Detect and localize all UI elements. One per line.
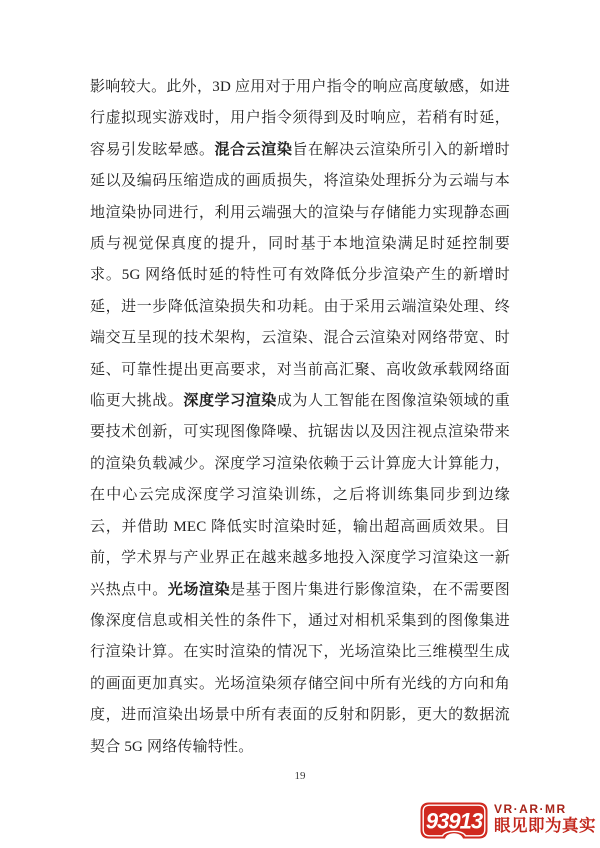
term-deep-learning-rendering: 深度学习渲染 [183,393,276,409]
vr-goggles-badge-icon: 93913 [420,802,488,839]
logo-tagline-vr-ar-mr: VR·AR·MR [494,803,596,815]
term-hybrid-cloud-rendering: 混合云渲染 [215,142,293,158]
document-page: 影响较大。此外，3D 应用对于用户指令的响应高度敏感，如进行虚拟现实游戏时，用户… [0,0,600,848]
badge-digits: 93913 [426,809,483,834]
paragraph-segment: 旨在解决云渲染所引入的新增时延以及编码压缩造成的画质损失，将渲染处理拆分为云端与… [90,142,510,409]
page-number: 19 [0,770,600,782]
logo-tagline-slogan: 眼见即为真实 [494,818,596,835]
watermark-logo: 93913 VR·AR·MR 眼见即为真实 [420,802,596,839]
paragraph-segment: 成为人工智能在图像渲染领域的重要技术创新，可实现图像降噪、抗锯齿以及因注视点渲染… [90,393,510,597]
paragraph-segment: 是基于图片集进行影像渲染，在不需要图像深度信息或相关性的条件下，通过对相机采集到… [90,582,510,755]
logo-taglines: VR·AR·MR 眼见即为真实 [494,802,596,835]
body-paragraph: 影响较大。此外，3D 应用对于用户指令的响应高度敏感，如进行虚拟现实游戏时，用户… [90,72,510,763]
term-light-field-rendering: 光场渲染 [168,582,230,598]
